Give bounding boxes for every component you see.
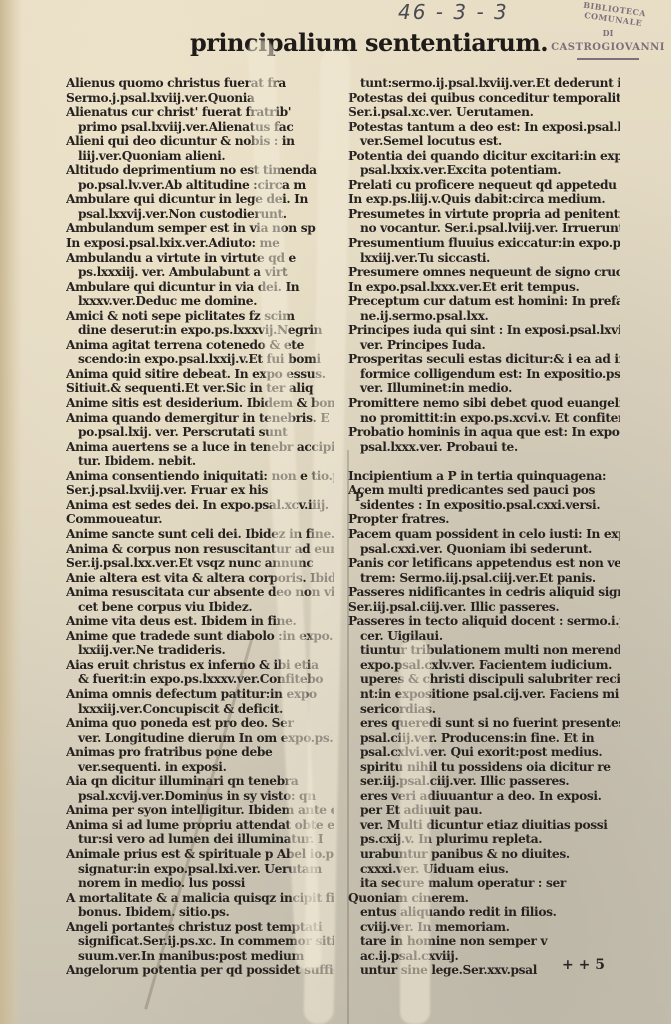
text-line: primo psal.lxviij.ver.Alienatus fac (66, 120, 334, 135)
text-line: scendo:in expo.psal.lxxij.v.Et fui bomi (66, 352, 334, 367)
text-line: psal.cxlvi.ver. Qui exorit:post medius. (348, 745, 620, 760)
text-line: sidentes : In expositio.psal.cxxi.versi. (348, 498, 620, 513)
text-line: urabuntur panibus & no diuites. (348, 847, 620, 862)
text-line: Quoniam cinerem. (348, 891, 620, 906)
text-line: uperes & christi discipuli salubriter re… (348, 672, 620, 687)
text-line: ver. Multi dicuntur etiaz diuitias possi (348, 818, 620, 833)
signature-mark: + + 5 (562, 957, 605, 973)
text-line: psal.lxxvij.ver.Non custodierunt. (66, 207, 334, 222)
text-line: ver.Semel locutus est. (348, 134, 620, 149)
text-line: Pacem quam possident in celo iusti: In e… (348, 527, 620, 542)
text-line: lxxiij.ver.Tu siccasti. (348, 251, 620, 266)
text-line: tiuntur tribulationem multi non merendo (348, 643, 620, 658)
text-line: formice colligendum est: In expositio.ps… (348, 367, 620, 382)
text-line: trem: Sermo.iij.psal.ciij.ver.Et panis. (348, 571, 620, 586)
text-line: Panis cor letificans appetendus est non … (348, 556, 620, 571)
page-edge-stain (0, 0, 22, 1024)
page-title: principalium sententiarum. (190, 28, 548, 57)
text-line: Sitiuit.& sequenti.Et ver.Sic in ter ali… (66, 381, 334, 396)
text-line: Potestas dei quibus conceditur temporali… (348, 91, 620, 106)
text-line: Presumentium fluuius exiccatur:in expo.p… (348, 236, 620, 251)
text-line: ver. Principes Iuda. (348, 338, 620, 353)
text-line: cer. Uigilaui. (348, 629, 620, 644)
text-line: In exp.ps.liij.v.Quis dabit:circa medium… (348, 192, 620, 207)
text-line: Incipientium a P in tertia quinquagena: (348, 469, 620, 484)
text-line: In expo.psal.lxxx.ver.Et erit tempus. (348, 280, 620, 295)
text-line: Anime sitis est desiderium. Ibidem & bon (66, 396, 334, 411)
stamp-line-3: CASTROGIOVANNI (548, 42, 668, 53)
text-line: Alienatus cur christ' fuerat fratrib' (66, 105, 334, 120)
shelfmark-annotation: 46 - 3 - 3 (398, 0, 509, 24)
text-line: expo.psal.cxlv.ver. Facientem iudicium. (348, 658, 620, 673)
text-line: Prelati cu proficere nequeut qd appetedu… (348, 178, 620, 193)
paper-tear-right (400, 640, 430, 1024)
text-line: per Et adiuuit pau. (348, 803, 620, 818)
text-line: ita secure malum operatur : ser (348, 876, 620, 891)
text-line: Ambulare qui dicuntur in lege dei. In (66, 192, 334, 207)
text-line: cxxxi.ver. Uiduam eius. (348, 862, 620, 877)
text-line: Propter fratres. (348, 512, 620, 527)
text-line: nt:in expositione psal.cij.ver. Faciens … (348, 687, 620, 702)
text-line: sericordias. (348, 702, 620, 717)
text-line: psal.lxxx.ver. Probaui te. (348, 440, 620, 455)
text-line: Ambulandu a virtute in virtute qd e (66, 251, 334, 266)
text-line: Principes iuda qui sint : In exposi.psal… (348, 323, 620, 338)
text-line: po.psal.lv.ver.Ab altitudine :circa m (66, 178, 334, 193)
text-line: In exposi.psal.lxix.ver.Adiuto: me (66, 236, 334, 251)
text-line: ser.iij.psal.ciij.ver. Illic passeres. (348, 774, 620, 789)
stamp-line-2: DI (548, 28, 668, 38)
text-line: eres veri adiuuantur a deo. In exposi. (348, 789, 620, 804)
text-line: Promittere nemo sibi debet quod euangeli… (348, 396, 620, 411)
text-line: tunt:sermo.ij.psal.lxviij.ver.Et dederun… (348, 76, 620, 91)
text-line: Preceptum cur datum est homini: In prefa… (348, 294, 620, 309)
text-line: no promittit:in expo.ps.xcvi.v. Et confi… (348, 411, 620, 426)
text-line: Anima quando demergitur in tenebris. E (66, 411, 334, 426)
lombard-initial-p: P (355, 490, 364, 506)
text-line: entus aliquando redit in filios. (348, 905, 620, 920)
manuscript-page: 46 - 3 - 3 BIBLIOTECA COMUNALE DI CASTRO… (0, 0, 671, 1024)
text-line: Potestas tantum a deo est: In exposi.psa… (348, 120, 620, 135)
text-line: Alienus quomo christus fuerat fra (66, 76, 334, 91)
text-line: Amici & noti sepe piclitates fz scim (66, 309, 334, 324)
text-line: Passeres in tecto aliquid docent : sermo… (348, 614, 620, 629)
text-line: no vocantur. Ser.i.psal.lviij.ver. Irrue… (348, 221, 620, 236)
text-line: Anima agitat terrena cotenedo & ete (66, 338, 334, 353)
tear-crease-2 (347, 450, 349, 1024)
text-line: psal.ciij.ver. Producens:in fine. Et in (348, 731, 620, 746)
stamp-line-1: BIBLIOTECA COMUNALE (559, 0, 669, 31)
text-line: Sermo.j.psal.lxviij.ver.Quonia (66, 91, 334, 106)
text-line: ne.ij.sermo.psal.lxx. (348, 309, 620, 324)
text-line: Ambulare qui dicuntur in via dei. In (66, 280, 334, 295)
stamp-rule (577, 58, 639, 60)
text-line: Alieni qui deo dicuntur & nobis : in (66, 134, 334, 149)
text-line: Anima quid sitire debeat. In expo essus. (66, 367, 334, 382)
text-line: suum.ver.In manibus:post medium (66, 949, 334, 964)
text-line: Acem multi predicantes sed pauci pos (348, 483, 620, 498)
library-stamp: BIBLIOTECA COMUNALE DI CASTROGIOVANNI (548, 4, 668, 66)
text-line: eres queredi sunt si no fuerint presente… (348, 716, 620, 731)
text-line: psal.lxxix.ver.Excita potentiam. (348, 163, 620, 178)
text-line: Passeres nidificantes in cedris aliquid … (348, 585, 620, 600)
text-line: ps.cxij.v. In plurimu repleta. (348, 832, 620, 847)
text-line (348, 454, 620, 469)
text-line: Presumetes in virtute propria ad peniten… (348, 207, 620, 222)
text-line: psal.cxxi.ver. Quoniam ibi sederunt. (348, 542, 620, 557)
text-line: dine deserut:in expo.ps.lxxxvij.Negrin (66, 323, 334, 338)
text-line: ps.lxxxiij. ver. Ambulabunt a virt (66, 265, 334, 280)
text-line: cviij.ver. In memoriam. (348, 920, 620, 935)
text-line: Angelorum potentia per qd possidet suffi… (66, 963, 334, 978)
right-text-column: tunt:sermo.ij.psal.lxviij.ver.Et dederun… (348, 76, 620, 978)
text-line: Probatio hominis in aqua que est: In exp… (348, 425, 620, 440)
text-line: Potentia dei quando dicitur excitari:in … (348, 149, 620, 164)
text-line: lxxxv.ver.Deduc me domine. (66, 294, 334, 309)
text-line: spiritu nihil tu possidens oia dicitur r… (348, 760, 620, 775)
text-line: ver. Illuminet:in medio. (348, 381, 620, 396)
text-line: Ser.i.psal.xc.ver. Uerutamen. (348, 105, 620, 120)
text-line: Presumere omnes nequeunt de signo crucis… (348, 265, 620, 280)
text-line: Prosperitas seculi estas dicitur:& i ea … (348, 352, 620, 367)
text-line: Ambulandum semper est in via non sp (66, 221, 334, 236)
text-line: Ser.iij.psal.ciij.ver. Illic passeres. (348, 600, 620, 615)
text-line: Altitudo deprimentium no est timenda (66, 163, 334, 178)
text-line: tare in homine non semper v (348, 934, 620, 949)
text-line: liij.ver.Quoniam alieni. (66, 149, 334, 164)
